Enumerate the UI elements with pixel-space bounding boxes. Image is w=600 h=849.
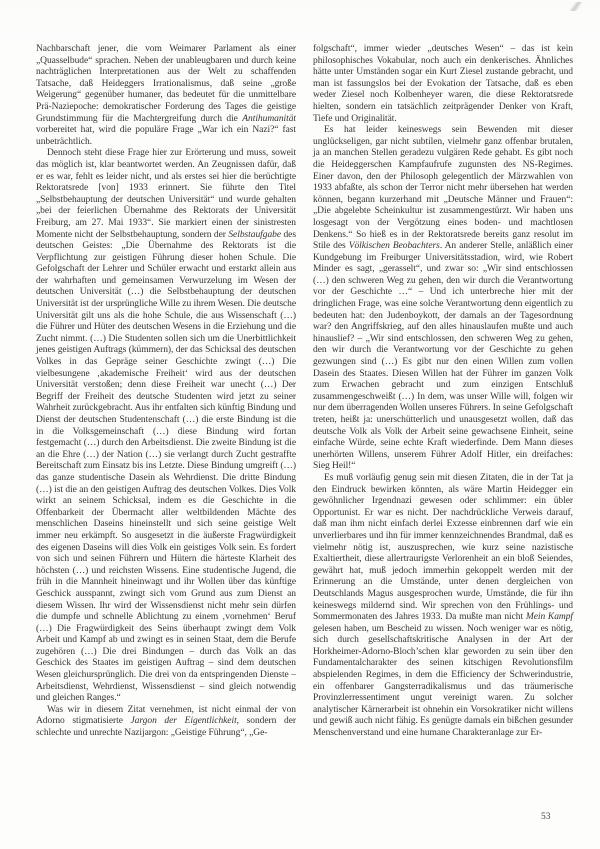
text-run: gelesen haben, um Bescheid zu wissen. No… <box>313 624 573 738</box>
scan-artifact <box>568 2 584 11</box>
page-number: 53 <box>541 812 551 822</box>
text-run: Dennoch steht diese Frage hier zur Erört… <box>36 148 296 239</box>
paragraph: folgschaft“, immer wieder „deutsches Wes… <box>313 44 573 125</box>
text-run: vorbereitet hat, wird die populäre Frage… <box>36 125 296 147</box>
text-columns: Nachbarschaft jener, die vom Weimarer Pa… <box>36 44 573 740</box>
italic-text-run: Antihumanität <box>242 114 296 124</box>
text-column-right: folgschaft“, immer wieder „deutsches Wes… <box>313 44 573 740</box>
paragraph: Dennoch steht diese Frage hier zur Erört… <box>36 148 296 705</box>
italic-text-run: Selbstaufgabe <box>228 230 281 240</box>
book-page: Nachbarschaft jener, die vom Weimarer Pa… <box>0 0 600 849</box>
paragraph: Was wir in diesem Zitat vernehmen, ist n… <box>36 705 296 740</box>
text-run: . An anderer Stelle, anläßlich einer Kun… <box>313 241 573 471</box>
text-run: Es muß vorläufig genug sein mit diesen Z… <box>313 473 573 622</box>
paragraph: Es hat leider keineswegs sein Bewenden m… <box>313 125 573 473</box>
italic-text-run: Völkischen Beobachters <box>349 241 440 251</box>
italic-text-run: Mein Kampf <box>526 612 573 622</box>
text-run: des deutschen Geistes: „Die Übernahme de… <box>36 230 296 704</box>
paragraph: Es muß vorläufig genug sein mit diesen Z… <box>313 473 573 740</box>
text-column-left: Nachbarschaft jener, die vom Weimarer Pa… <box>36 44 296 740</box>
text-run: Es hat leider keineswegs sein Bewenden m… <box>313 125 573 251</box>
text-run: folgschaft“, immer wieder „deutsches Wes… <box>313 44 573 124</box>
italic-text-run: Jargon der Eigentlichkeit <box>131 716 237 726</box>
paragraph: Nachbarschaft jener, die vom Weimarer Pa… <box>36 44 296 148</box>
text-run: Nachbarschaft jener, die vom Weimarer Pa… <box>36 44 296 124</box>
